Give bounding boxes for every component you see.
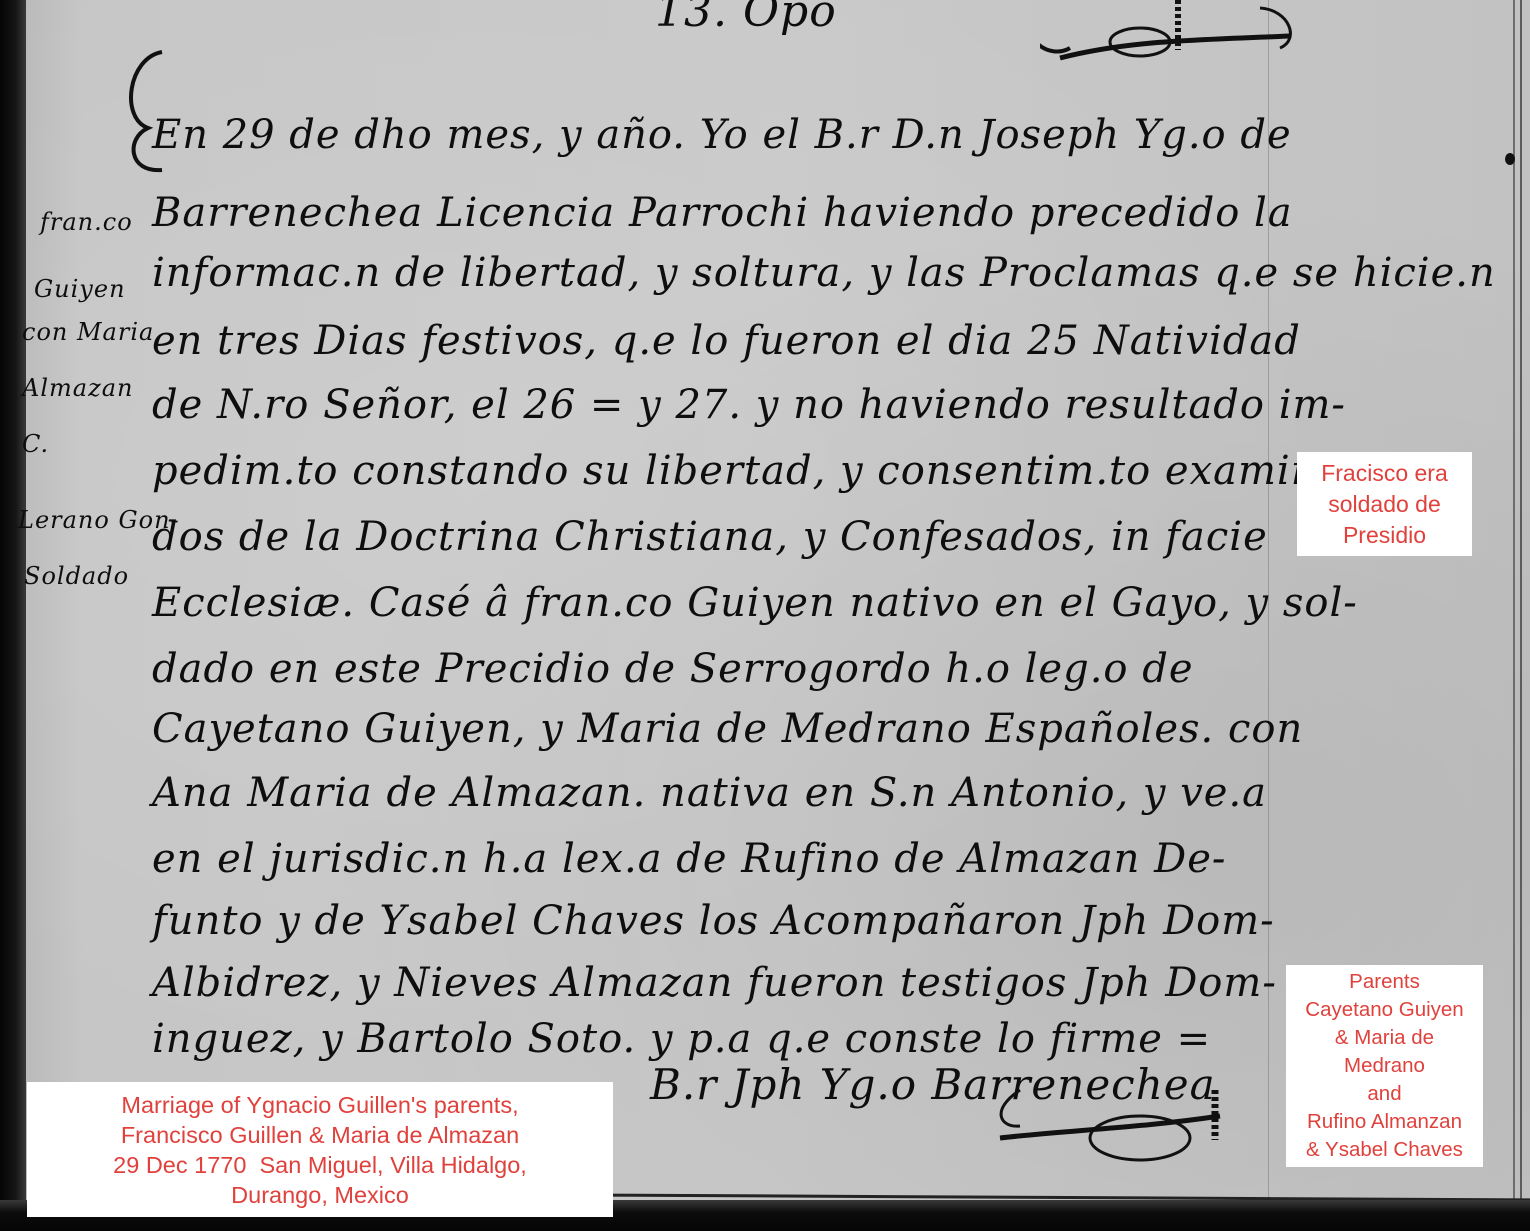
header-scrawl: 13. Opo — [655, 0, 837, 37]
manuscript-line: funto y de Ysabel Chaves los Acompañaron… — [152, 898, 1275, 944]
manuscript-line: inguez, y Bartolo Soto. y p.a q.e conste… — [152, 1016, 1211, 1062]
manuscript-line: Cayetano Guiyen, y Maria de Medrano Espa… — [152, 706, 1303, 752]
annotation-text: Francisco Guillen & Maria de Almazan — [27, 1120, 613, 1150]
annotation-text: 29 Dec 1770 San Miguel, Villa Hidalgo, — [27, 1150, 613, 1180]
annotation-text: Parents — [1286, 968, 1483, 996]
annotation-soldier-note: Fracisco era soldado de Presidio — [1297, 452, 1472, 556]
margin-note-line: C. — [22, 430, 49, 458]
annotation-text: Presidio — [1297, 520, 1472, 551]
annotation-text: Cayetano Guiyen — [1286, 996, 1483, 1024]
manuscript-line: dado en este Precidio de Serrogordo h.o … — [152, 646, 1194, 692]
manuscript-line: pedim.to constando su libertad, y consen… — [152, 448, 1357, 494]
margin-note-line: Soldado — [24, 562, 129, 590]
annotation-text: soldado de — [1297, 489, 1472, 520]
manuscript-line: de N.ro Señor, el 26 = y 27. y no havien… — [152, 382, 1346, 428]
margin-note-line: con Maria — [22, 318, 154, 346]
manuscript-line: Ecclesiæ. Casé â fran.co Guiyen nativo e… — [152, 580, 1358, 626]
manuscript-line: en tres Dias festivos, q.e lo fueron el … — [152, 318, 1301, 364]
rubric-flourish-icon — [1040, 0, 1320, 80]
annotation-text: Fracisco era — [1297, 458, 1472, 489]
manuscript-line: en el jurisdic.n h.a lex.a de Rufino de … — [152, 836, 1226, 882]
margin-note-line: Guiyen — [34, 275, 126, 303]
annotation-text: Medrano — [1286, 1052, 1483, 1080]
right-margin-rule — [1513, 0, 1515, 1231]
manuscript-line: informac.n de libertad, y soltura, y las… — [152, 250, 1496, 296]
ink-blot — [1505, 153, 1515, 165]
right-margin-rule-inner — [1520, 0, 1522, 1231]
margin-note-line: Almazan — [22, 374, 133, 402]
annotation-text: Rufino Almanzan — [1286, 1108, 1483, 1136]
annotation-text: Marriage of Ygnacio Guillen's parents, — [27, 1090, 613, 1120]
manuscript-line: Albidrez, y Nieves Almazan fueron testig… — [152, 960, 1277, 1006]
annotation-text: and — [1286, 1080, 1483, 1108]
annotation-text: Durango, Mexico — [27, 1180, 613, 1210]
annotation-marriage-caption: Marriage of Ygnacio Guillen's parents, F… — [27, 1082, 613, 1217]
book-binding-edge — [0, 0, 26, 1231]
margin-note-line: fran.co — [40, 208, 133, 236]
annotation-text: & Maria de — [1286, 1024, 1483, 1052]
manuscript-line: En 29 de dho mes, y año. Yo el B.r D.n J… — [152, 112, 1292, 158]
signature-rubric-flourish-icon — [990, 1080, 1240, 1180]
annotation-parents-note: Parents Cayetano Guiyen & Maria de Medra… — [1286, 965, 1483, 1167]
manuscript-line: Ana Maria de Almazan. nativa en S.n Anto… — [152, 770, 1267, 816]
manuscript-line: Barrenechea Licencia Parrochi haviendo p… — [152, 190, 1293, 236]
annotation-text: & Ysabel Chaves — [1286, 1136, 1483, 1164]
manuscript-line: dos de la Doctrina Christiana, y Confesa… — [152, 514, 1268, 560]
